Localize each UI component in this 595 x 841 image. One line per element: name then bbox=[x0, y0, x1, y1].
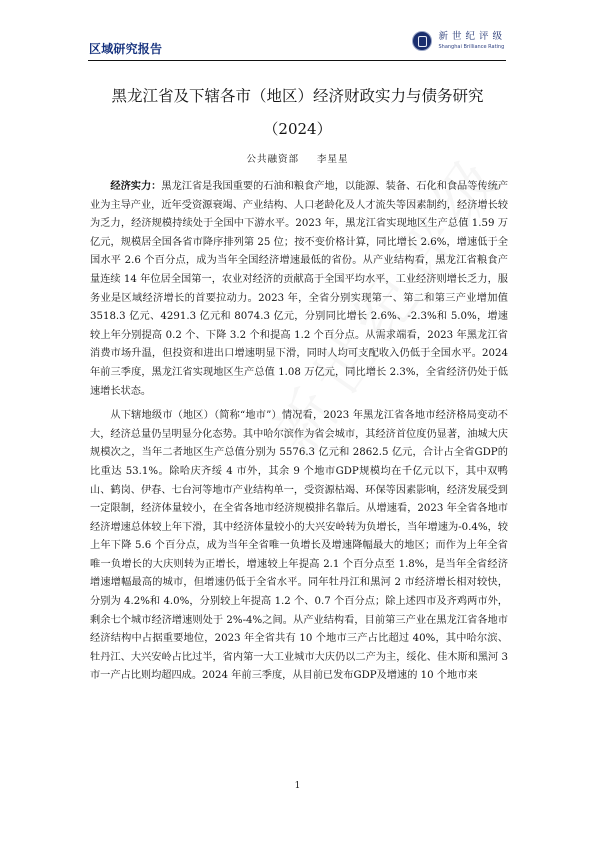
author: 李星星 bbox=[317, 154, 349, 165]
byline: 公共融资部 李星星 bbox=[0, 151, 595, 165]
brilliance-emblem-icon bbox=[412, 31, 432, 51]
page-number: 1 bbox=[0, 781, 595, 791]
brand-text: 新世纪评级 Shanghai Brilliance Rating bbox=[438, 31, 506, 51]
paragraph-text: 黑龙江省是我国重要的石油和粮食产地，以能源、装备、石化和食品等传统产业为主导产业… bbox=[90, 181, 508, 397]
document-title: 黑龙江省及下辖各市（地区）经济财政实力与债务研究 bbox=[0, 84, 595, 106]
section-label: 区域研究报告 bbox=[89, 40, 162, 57]
paragraph-prefecture-cities: 从下辖地级市（地区）（简称“地市”）情况看，2023 年黑龙江省各地市经济格局变… bbox=[90, 407, 508, 686]
page-header: 区域研究报告 新世纪评级 Shanghai Brilliance Rating bbox=[88, 24, 506, 61]
paragraph-text: 从下辖地级市（地区）（简称“地市”）情况看，2023 年黑龙江省各地市经济格局变… bbox=[90, 410, 508, 681]
document-year: （2024） bbox=[0, 118, 595, 139]
paragraph-economic-strength: 经济实力：黑龙江省是我国重要的石油和粮食产地，以能源、装备、石化和食品等传统产业… bbox=[90, 178, 508, 401]
department: 公共融资部 bbox=[246, 154, 299, 165]
brand-name-en: Shanghai Brilliance Rating bbox=[438, 43, 506, 51]
brand-logo: 新世纪评级 Shanghai Brilliance Rating bbox=[412, 28, 506, 54]
report-body: 经济实力：黑龙江省是我国重要的石油和粮食产地，以能源、装备、石化和食品等传统产业… bbox=[90, 178, 508, 692]
paragraph-lead: 经济实力： bbox=[110, 181, 161, 192]
brand-name-cn: 新世纪评级 bbox=[438, 31, 506, 43]
